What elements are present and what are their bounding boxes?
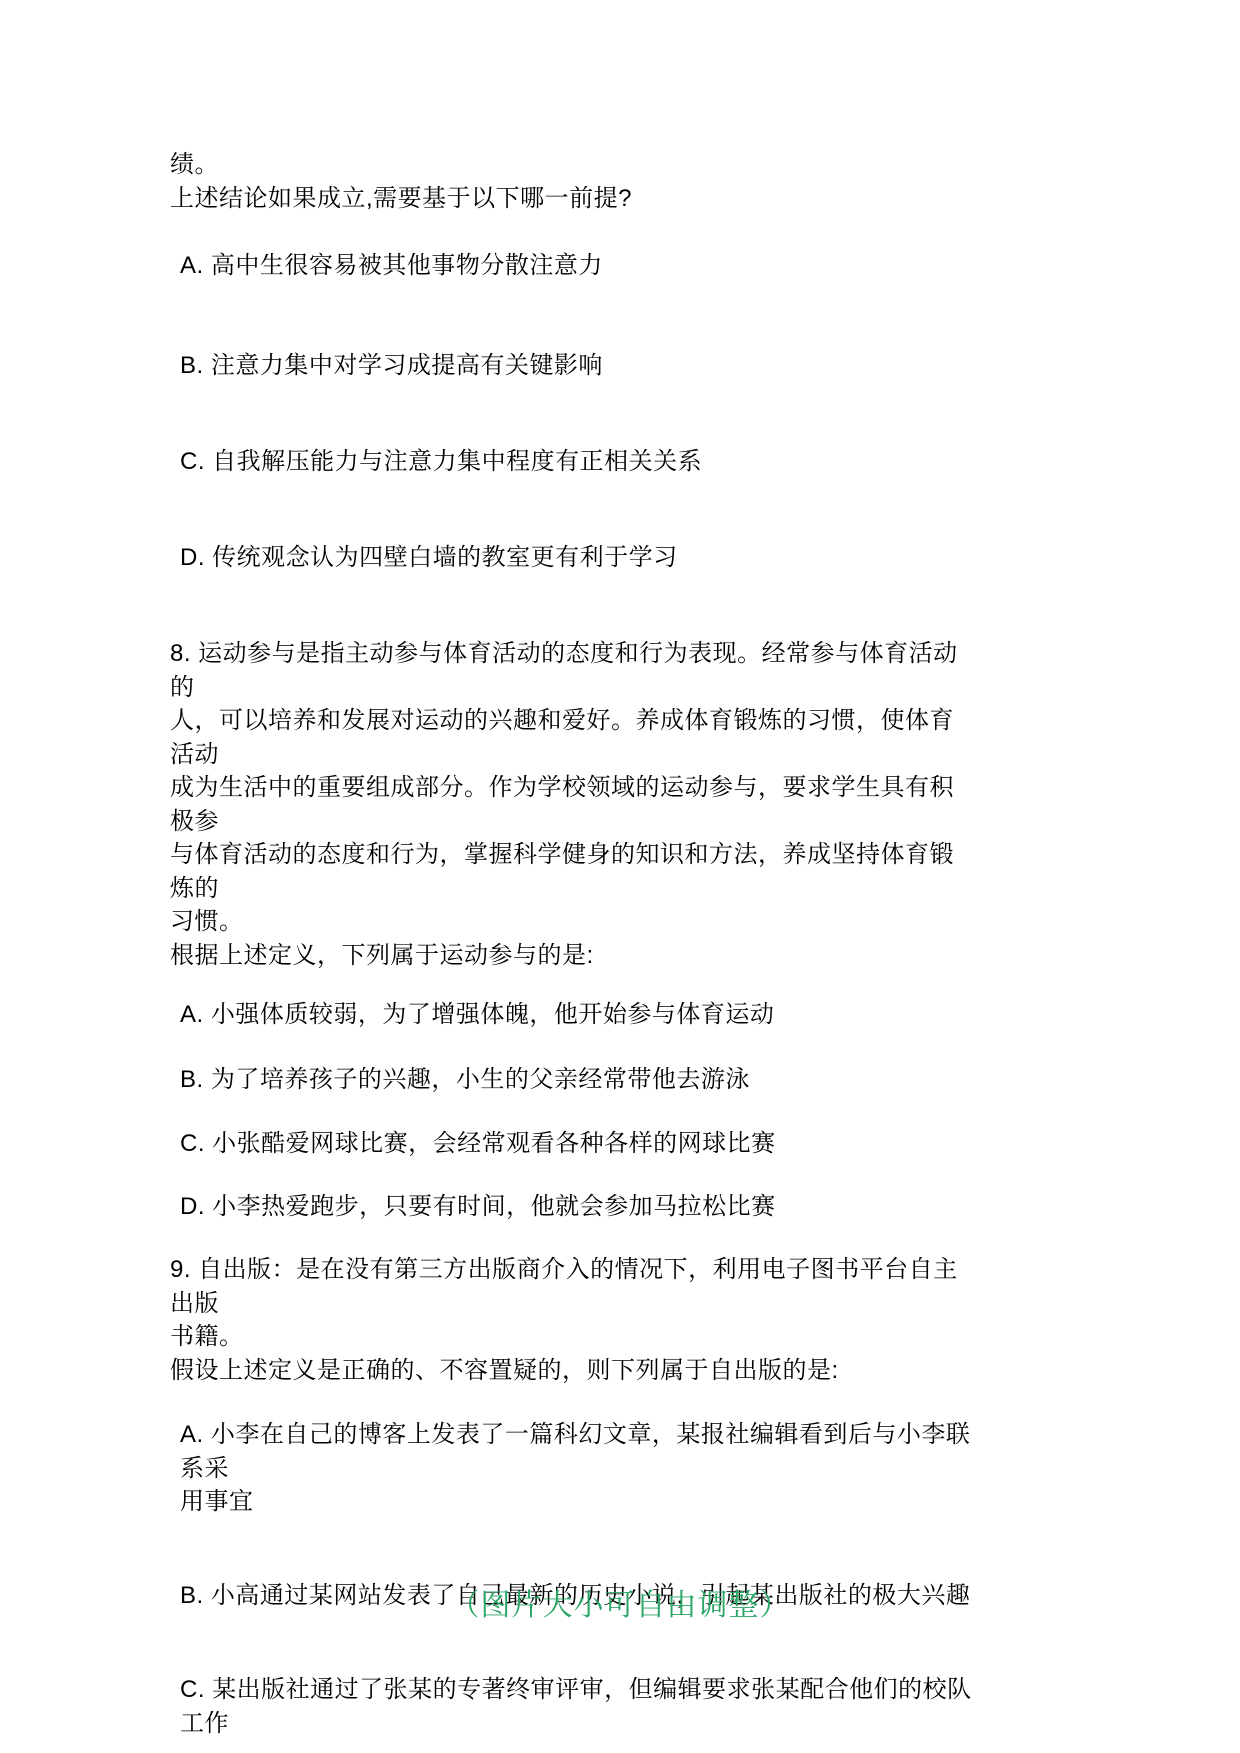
q9-stem-line-1: 9. 自出版：是在没有第三方出版商介入的情况下，利用电子图书平台自主出版 (170, 1253, 975, 1320)
q7-stem-tail: 绩。 上述结论如果成立,需要基于以下哪一前提? (170, 148, 975, 215)
document-page: 绩。 上述结论如果成立,需要基于以下哪一前提? A. 高中生很容易被其他事物分散… (0, 0, 1240, 1753)
q8-option-b: B. 为了培养孩子的兴趣，小生的父亲经常带他去游泳 (170, 1063, 975, 1097)
q8-stem-line-4: 与体育活动的态度和行为，掌握科学健身的知识和方法，养成坚持体育锻炼的 (170, 838, 975, 905)
q7-option-d: D. 传统观念认为四壁白墙的教室更有利于学习 (170, 541, 975, 575)
q7-option-a: A. 高中生很容易被其他事物分散注意力 (170, 249, 975, 283)
q8-option-d: D. 小李热爱跑步，只要有时间，他就会参加马拉松比赛 (170, 1190, 975, 1224)
q8-stem-line-1: 8. 运动参与是指主动参与体育活动的态度和行为表现。经常参与体育活动的 (170, 637, 975, 704)
q8-stem-line-2: 人，可以培养和发展对运动的兴趣和爱好。养成体育锻炼的习惯，使体育活动 (170, 704, 975, 771)
q8-stem-line-5: 习惯。 (170, 905, 975, 939)
q8-stem-line-3: 成为生活中的重要组成部分。作为学校领域的运动参与，要求学生具有积极参 (170, 771, 975, 838)
q7-option-c: C. 自我解压能力与注意力集中程度有正相关关系 (170, 445, 975, 479)
q8-option-a: A. 小强体质较弱，为了增强体魄，他开始参与体育运动 (170, 998, 975, 1032)
q9-option-c: C. 某出版社通过了张某的专著终审评审，但编辑要求张某配合他们的校队工作 (170, 1673, 975, 1740)
q9-option-a-line-1: A. 小李在自己的博客上发表了一篇科幻文章，某报社编辑看到后与小李联系采 (180, 1418, 975, 1485)
q8-stem: 8. 运动参与是指主动参与体育活动的态度和行为表现。经常参与体育活动的 人，可以… (170, 637, 975, 972)
q7-stem-tail-line-1: 绩。 (170, 148, 975, 182)
q7-option-b: B. 注意力集中对学习成提高有关键影响 (170, 349, 975, 383)
question-paper-content: 绩。 上述结论如果成立,需要基于以下哪一前提? A. 高中生很容易被其他事物分散… (170, 148, 975, 1740)
q8-option-c: C. 小张酷爱网球比赛，会经常观看各种各样的网球比赛 (170, 1127, 975, 1161)
q9-option-a: A. 小李在自己的博客上发表了一篇科幻文章，某报社编辑看到后与小李联系采 用事宜 (170, 1418, 975, 1519)
q9-question-prompt: 假设上述定义是正确的、不容置疑的，则下列属于自出版的是: (170, 1354, 975, 1388)
q9-option-a-line-2: 用事宜 (180, 1485, 975, 1519)
q9-stem-line-2: 书籍。 (170, 1320, 975, 1354)
resize-hint-note: （图片大小可自由调整） (0, 1588, 1240, 1624)
q8-question-prompt: 根据上述定义，下列属于运动参与的是: (170, 939, 975, 973)
q7-stem-tail-line-2: 上述结论如果成立,需要基于以下哪一前提? (170, 182, 975, 216)
q9-stem: 9. 自出版：是在没有第三方出版商介入的情况下，利用电子图书平台自主出版 书籍。… (170, 1253, 975, 1387)
